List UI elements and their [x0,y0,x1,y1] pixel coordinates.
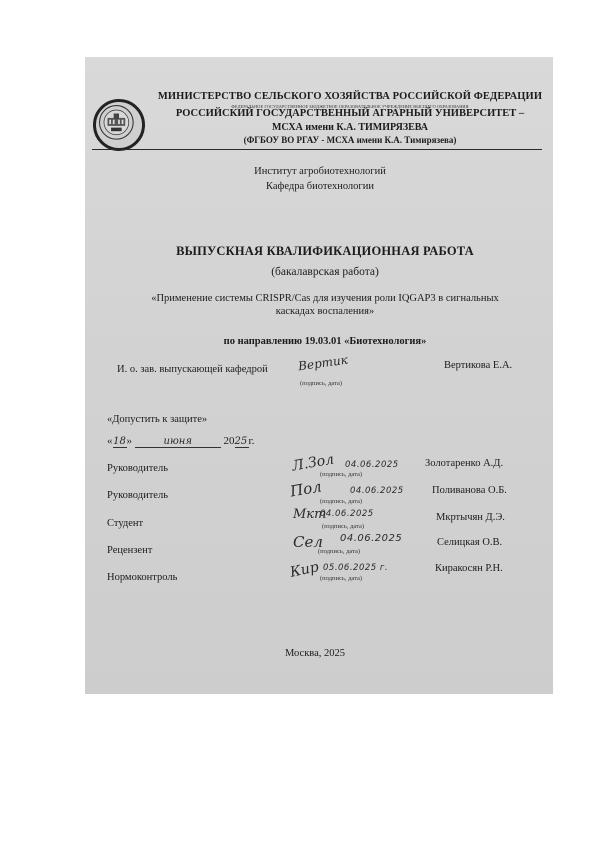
university-name: РОССИЙСКИЙ ГОСУДАРСТВЕННЫЙ АГРАРНЫЙ УНИВ… [150,108,550,119]
admission-year-suffix: 25 [235,436,249,448]
institute-name: Институт агробиотехнологий [150,166,490,177]
year-prefix: 20 [224,435,235,447]
signatory-role: Нормоконтроль [107,572,177,583]
signatory-date: 05.06.2025 г. [323,563,388,573]
signatory-role: Руководитель [107,463,168,474]
university-emblem-icon [93,99,145,151]
thesis-theme: «Применение системы CRISPR/Cas для изуче… [100,292,550,318]
signature-caption: (подпись, дата) [320,471,362,478]
university-name-line2: МСХА имени К.А. ТИМИРЯЗЕВА [150,122,550,133]
signatory-date: 04.06.2025 [350,486,404,496]
admission-date: «18» июня 2025г. [107,435,307,448]
head-of-department-label: И. о. зав. выпускающей кафедрой [117,364,268,375]
document-title: ВЫПУСКНАЯ КВАЛИФИКАЦИОННАЯ РАБОТА [100,244,550,259]
study-direction: по направлению 19.03.01 «Биотехнология» [100,336,550,347]
signature-caption: (подпись, дата) [318,548,360,555]
signatory-date: 04.06.2025 [345,460,399,470]
signatory-role: Рецензент [107,545,152,556]
ministry-name: МИНИСТЕРСТВО СЕЛЬСКОГО ХОЗЯЙСТВА РОССИЙС… [150,91,550,102]
signatory-name: Золотаренко А.Д. [425,458,503,469]
head-of-department-name: Вертикова Е.А. [444,360,512,371]
signatory-date: 04.06.2025 [340,533,402,544]
thesis-theme-line2: каскадах воспаления» [100,305,550,318]
thesis-theme-line1: «Применение системы CRISPR/Cas для изуче… [100,292,550,305]
university-abbreviation: (ФГБОУ ВО РГАУ - МСХА имени К.А. Тимиряз… [150,135,550,145]
signatory-name: Поливанова О.Б. [432,485,507,496]
admission-label: «Допустить к защите» [107,414,207,425]
document-subtitle: (бакалаврская работа) [100,266,550,278]
header-divider [92,149,542,150]
signature-caption: (подпись, дата) [322,523,364,530]
signatory-role: Студент [107,518,143,529]
signature-caption: (подпись, дата) [300,380,342,387]
city-year: Москва, 2025 [240,648,390,659]
close-quote: » [127,435,133,447]
signatory-name: Мкртычян Д.Э. [436,512,505,523]
signatory-name: Селицкая О.В. [437,537,502,548]
admission-day: 18 [113,436,127,448]
signature-caption: (подпись, дата) [320,575,362,582]
signatory-role: Руководитель [107,490,168,501]
signatory-name: Киракосян Р.Н. [435,563,503,574]
scanned-page [85,57,553,694]
signature-caption: (подпись, дата) [320,498,362,505]
department-name: Кафедра биотехнологии [150,181,490,192]
signatory-date: 04.06.2025 [320,509,374,519]
year-abbr: г. [249,435,255,447]
admission-month: июня [135,436,221,448]
